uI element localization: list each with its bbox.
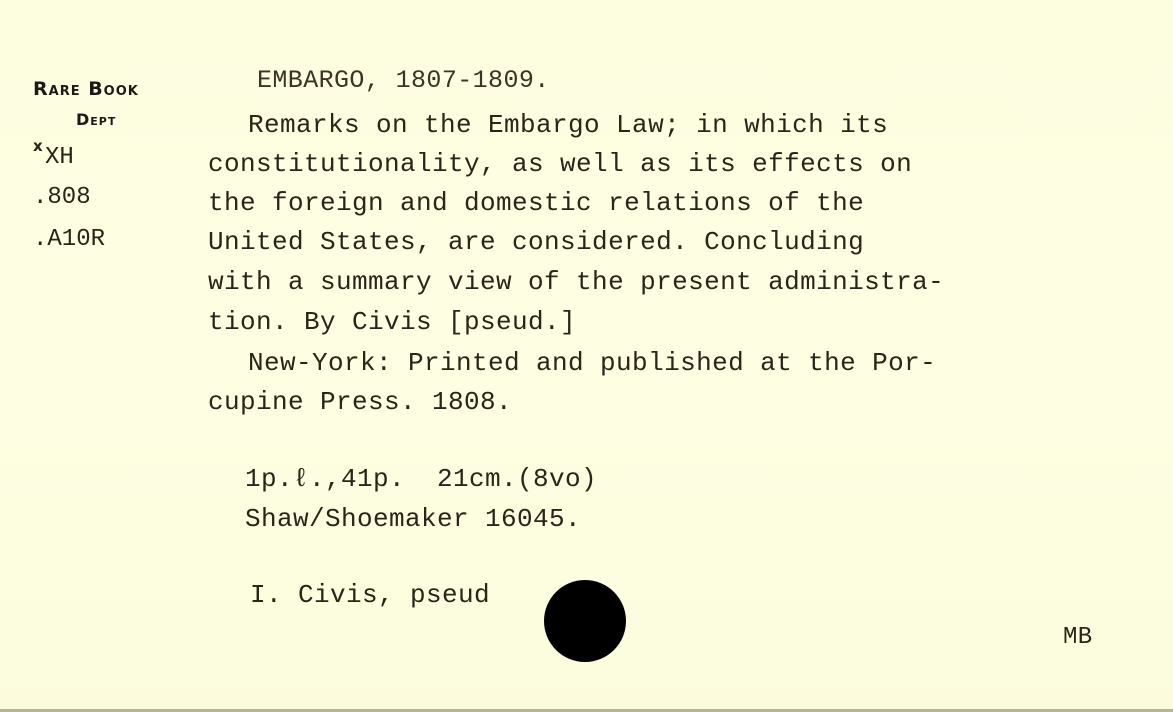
call-number-line2: .808	[33, 186, 91, 210]
call-number-line3: .A10R	[33, 228, 105, 252]
catalog-card: Rare Book Dept x XH .808 .A10R EMBARGO, …	[0, 0, 1173, 712]
added-entry-tracing: I. Civis, pseud	[250, 582, 490, 608]
title-line: constitutionality, as well as its effect…	[208, 151, 912, 177]
punch-hole	[544, 580, 626, 662]
department-stamp-line1: Rare Book	[33, 80, 139, 99]
subject-heading: EMBARGO, 1807-1809.	[257, 68, 550, 93]
title-line: tion. By Civis [pseud.]	[208, 309, 576, 335]
call-number-line1: XH	[45, 146, 74, 170]
title-line: United States, are considered. Concludin…	[208, 229, 864, 255]
department-stamp-line2: Dept	[76, 112, 116, 128]
collation: 1p.ℓ.,41p. 21cm.(8vo)	[245, 466, 597, 492]
cataloger-initials: MB	[1063, 626, 1093, 650]
call-number-prefix-mark: x	[33, 137, 43, 155]
bibliographic-reference: Shaw/Shoemaker 16045.	[245, 506, 581, 532]
title-line: Remarks on the Embargo Law; in which its	[248, 112, 888, 138]
imprint-line: New-York: Printed and published at the P…	[248, 350, 936, 376]
title-line: with a summary view of the present admin…	[208, 269, 944, 295]
title-line: the foreign and domestic relations of th…	[208, 190, 864, 216]
imprint-line: cupine Press. 1808.	[208, 389, 512, 415]
